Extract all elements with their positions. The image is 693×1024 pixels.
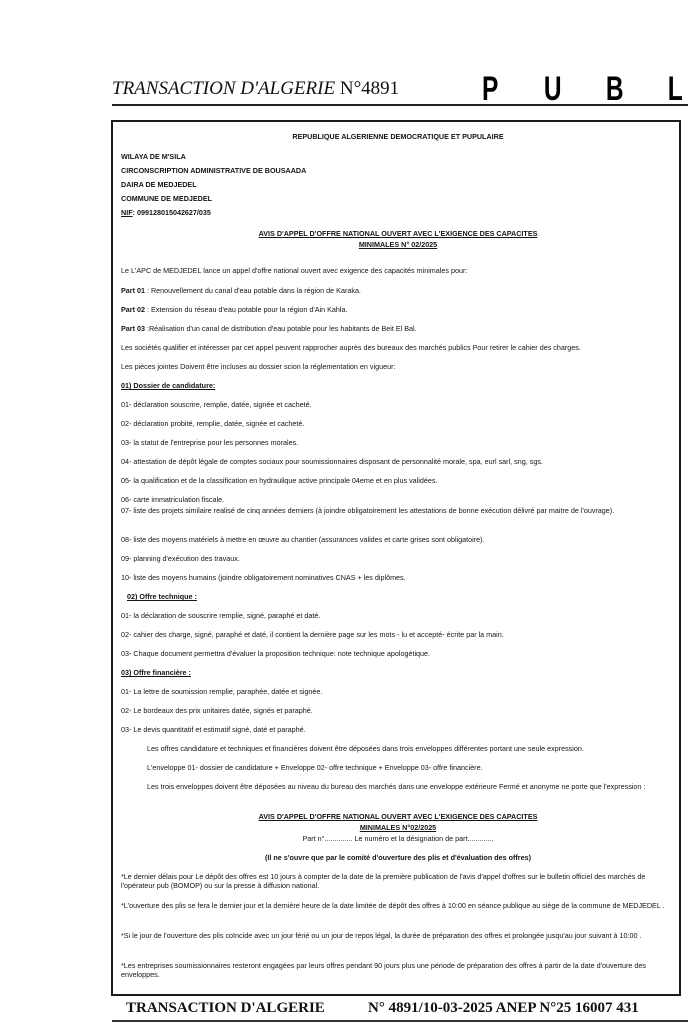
issue-number: N°4891 xyxy=(340,78,399,99)
technique-item: 01- la déclaration de souscrire remplie,… xyxy=(121,611,320,620)
nif-label: NIF xyxy=(121,208,133,217)
dossier-item: 02- déclaration probité, remplie, datée,… xyxy=(121,419,304,428)
part-text: : Extension du réseau d'eau potable pour… xyxy=(145,305,348,314)
committee-text: (Il ne s'ouvre que par le comité d'ouver… xyxy=(113,853,683,862)
financiere-item: 02- Le bordeaux des prix unitaires datée… xyxy=(121,706,313,715)
authority-daira: DAIRA DE MEDJEDEL xyxy=(121,180,197,189)
holiday-note: *Si le jour de l'ouverture des plis coïn… xyxy=(121,931,677,940)
financiere-item: 03- Le devis quantitatif et estimatif si… xyxy=(121,725,306,734)
dossier-item: 10- liste des moyens humains (joindre ob… xyxy=(121,573,406,582)
dossier-item: 09- planning d'exécution des travaux. xyxy=(121,554,240,563)
commitment-note: *Les entreprises soumissionnaires rester… xyxy=(121,961,677,979)
part-label: Part 03 xyxy=(121,324,145,333)
header-rule xyxy=(112,104,688,106)
dossier-item: 08- liste des moyens matériels à mettre … xyxy=(121,535,485,544)
footer-rule xyxy=(112,1020,688,1022)
envelopes-text: Les offres candidature et techniques et … xyxy=(147,744,584,753)
part-02: Part 02 : Extension du réseau d'eau pota… xyxy=(121,305,348,314)
nif-number: NIF: 099128015042627/035 xyxy=(121,208,211,217)
dossier-item: 05- la qualification et de la classifica… xyxy=(121,476,437,485)
technique-item: 03- Chaque document permettra d'évaluer … xyxy=(121,649,430,658)
nif-value: : 099128015042627/035 xyxy=(133,208,211,217)
dossier-item: 03- la statut de l'entreprise pour les p… xyxy=(121,438,298,447)
repeat-title-line2: MINIMALES N°02/2025 xyxy=(113,823,683,832)
part-label: Part 01 xyxy=(121,286,145,295)
retrieve-text: Les sociétés qualifier et intéresser par… xyxy=(121,343,581,352)
part-label: Part 02 xyxy=(121,305,145,314)
footer-reference: N° 4891/10-03-2025 ANEP N°25 16007 431 xyxy=(368,1000,639,1017)
opening-note: *L'ouverture des plis se fera le dernier… xyxy=(121,901,677,910)
notice-title-line1: AVIS D'APPEL D'OFFRE NATIONAL OUVERT AVE… xyxy=(113,229,683,238)
intro-text: Le L'APC de MEDJEDEL lance un appel d'of… xyxy=(121,266,467,275)
part-text: :Réalisation d'un canal de distribution … xyxy=(145,324,417,333)
authority-commune: COMMUNE DE MEDJEDEL xyxy=(121,194,212,203)
technique-heading: 02) Offre technique : xyxy=(127,592,197,601)
dossier-item: 01- déclaration souscrire, remplie, daté… xyxy=(121,400,312,409)
repeat-title-line1: AVIS D'APPEL D'OFFRE NATIONAL OUVERT AVE… xyxy=(113,812,683,821)
authority-circonscription: CIRCONSCRIPTION ADMINISTRATIVE DE BOUSAA… xyxy=(121,166,306,175)
technique-item: 02- cahier des charge, signé, paraphé et… xyxy=(121,630,504,639)
footer-publication: TRANSACTION D'ALGERIE xyxy=(126,1000,325,1017)
dossier-item: 06- carte immatriculation fiscale. xyxy=(121,495,224,504)
notice-title-line2: MINIMALES N° 02/2025 xyxy=(113,240,683,249)
financiere-item: 01- La lettre de soumission remplie, par… xyxy=(121,687,322,696)
part-03: Part 03 :Réalisation d'un canal de distr… xyxy=(121,324,417,333)
deadline-note: *Le dernier délais pour Le dépôt des off… xyxy=(121,872,677,890)
page-header: TRANSACTION D'ALGERIE N°4891 PUBL xyxy=(112,74,693,104)
dossier-item: 07- liste des projets similaire realisé … xyxy=(121,506,677,515)
dossier-heading: 01) Dossier de candidature: xyxy=(121,381,215,390)
pieces-text: Les pièces jointes Doivent être incluses… xyxy=(121,362,395,371)
envelopes-text: Les trois enveloppes doivent être déposé… xyxy=(121,782,677,791)
republic-heading: REPUBLIQUE ALGERIENNE DEMOCRATIQUE ET PU… xyxy=(113,132,683,141)
dossier-item: 04- attestation de dépôt légale de compt… xyxy=(121,457,543,466)
authority-wilaya: WILAYA DE M'SILA xyxy=(121,152,186,161)
part-text: : Renouvellement du canal d'eau potable … xyxy=(145,286,361,295)
envelopes-text: L'enveloppe 01- dossier de candidature +… xyxy=(147,763,483,772)
tender-notice: REPUBLIQUE ALGERIENNE DEMOCRATIQUE ET PU… xyxy=(111,120,681,996)
part-01: Part 01 : Renouvellement du canal d'eau … xyxy=(121,286,361,295)
publication-title: TRANSACTION D'ALGERIE N°4891 xyxy=(112,78,399,100)
part-line: Part n°.............. Le numéro et la dé… xyxy=(113,834,683,843)
publication-name: TRANSACTION D'ALGERIE xyxy=(112,78,335,99)
financiere-heading: 03) Offre financière : xyxy=(121,668,191,677)
